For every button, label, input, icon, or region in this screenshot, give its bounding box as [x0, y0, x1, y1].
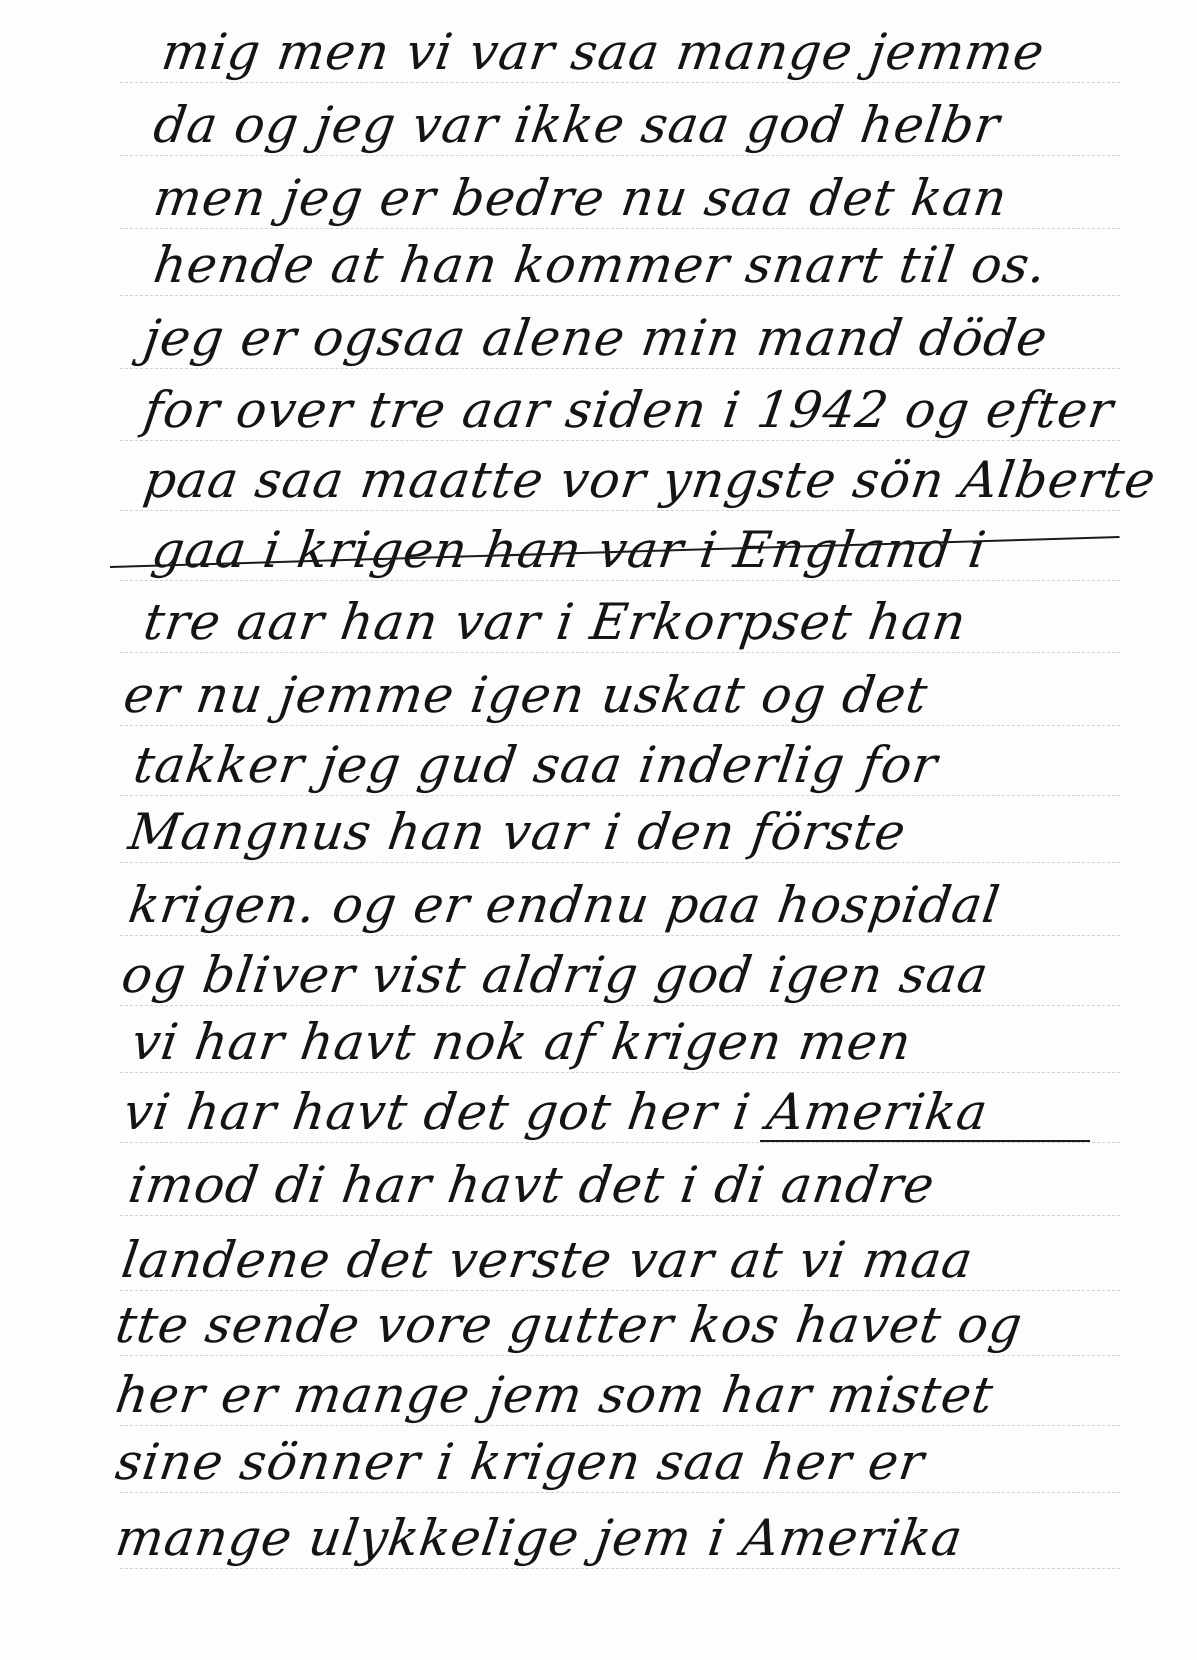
letter-line: paa saa maatte vor yngste sön Alberte [140, 450, 1160, 510]
ruled-line [120, 368, 1120, 370]
ruled-line [120, 1568, 1120, 1570]
ruled-line [120, 1425, 1120, 1427]
ruled-line [120, 82, 1120, 84]
ruled-line [120, 795, 1120, 797]
letter-line: hende at han kommer snart til os. [150, 235, 1051, 295]
letter-line: jeg er ogsaa alene min mand döde [140, 308, 1052, 368]
letter-line: mange ulykkelige jem i Amerika [112, 1508, 967, 1568]
ruled-line [120, 228, 1120, 230]
letter-line: vi har havt nok af krigen men [128, 1012, 915, 1072]
ruled-line [120, 862, 1120, 864]
ruled-line [120, 295, 1120, 297]
letter-line: Mangnus han var i den förste [125, 802, 910, 862]
letter-line: gaa i krigen han var i England i [148, 520, 990, 580]
letter-line: for over tre aar siden i 1942 og efter [140, 380, 1118, 440]
letter-page: mig men vi var saa mange jemme da og jeg… [0, 0, 1197, 1660]
ruled-line [120, 440, 1120, 442]
letter-line: landene det verste var at vi maa [118, 1230, 977, 1290]
ruled-line [120, 1005, 1120, 1007]
letter-line: her er mange jem som har mistet [112, 1365, 997, 1425]
ruled-line [120, 155, 1120, 157]
letter-line: tte sende vore gutter kos havet og [112, 1295, 1026, 1355]
ruled-line [120, 1290, 1120, 1292]
letter-line: og bliver vist aldrig god igen saa [118, 945, 993, 1005]
letter-line: da og jeg var ikke saa god helbr [150, 95, 1004, 155]
ruled-line [120, 1492, 1120, 1494]
letter-line: imod di har havt det i di andre [125, 1155, 939, 1215]
letter-line: er nu jemme igen uskat og det [120, 665, 932, 725]
letter-line: mig men vi var saa mange jemme [158, 22, 1048, 82]
ruled-line [120, 1215, 1120, 1217]
letter-line: takker jeg gud saa inderlig for [130, 735, 942, 795]
underline-mark [760, 1140, 1090, 1142]
ruled-line [120, 510, 1120, 512]
letter-line: men jeg er bedre nu saa det kan [150, 168, 1011, 228]
ruled-line [120, 725, 1120, 727]
letter-line: krigen. og er endnu paa hospidal [125, 875, 1004, 935]
ruled-line [120, 935, 1120, 937]
letter-line: sine sönner i krigen saa her er [112, 1432, 928, 1492]
ruled-line [120, 652, 1120, 654]
ruled-line [120, 1355, 1120, 1357]
ruled-line [120, 1072, 1120, 1074]
letter-line: tre aar han var i Erkorpset han [140, 592, 970, 652]
letter-line: vi har havt det got her i Amerika [120, 1082, 992, 1142]
ruled-line [120, 1142, 1120, 1144]
ruled-line [120, 580, 1120, 582]
